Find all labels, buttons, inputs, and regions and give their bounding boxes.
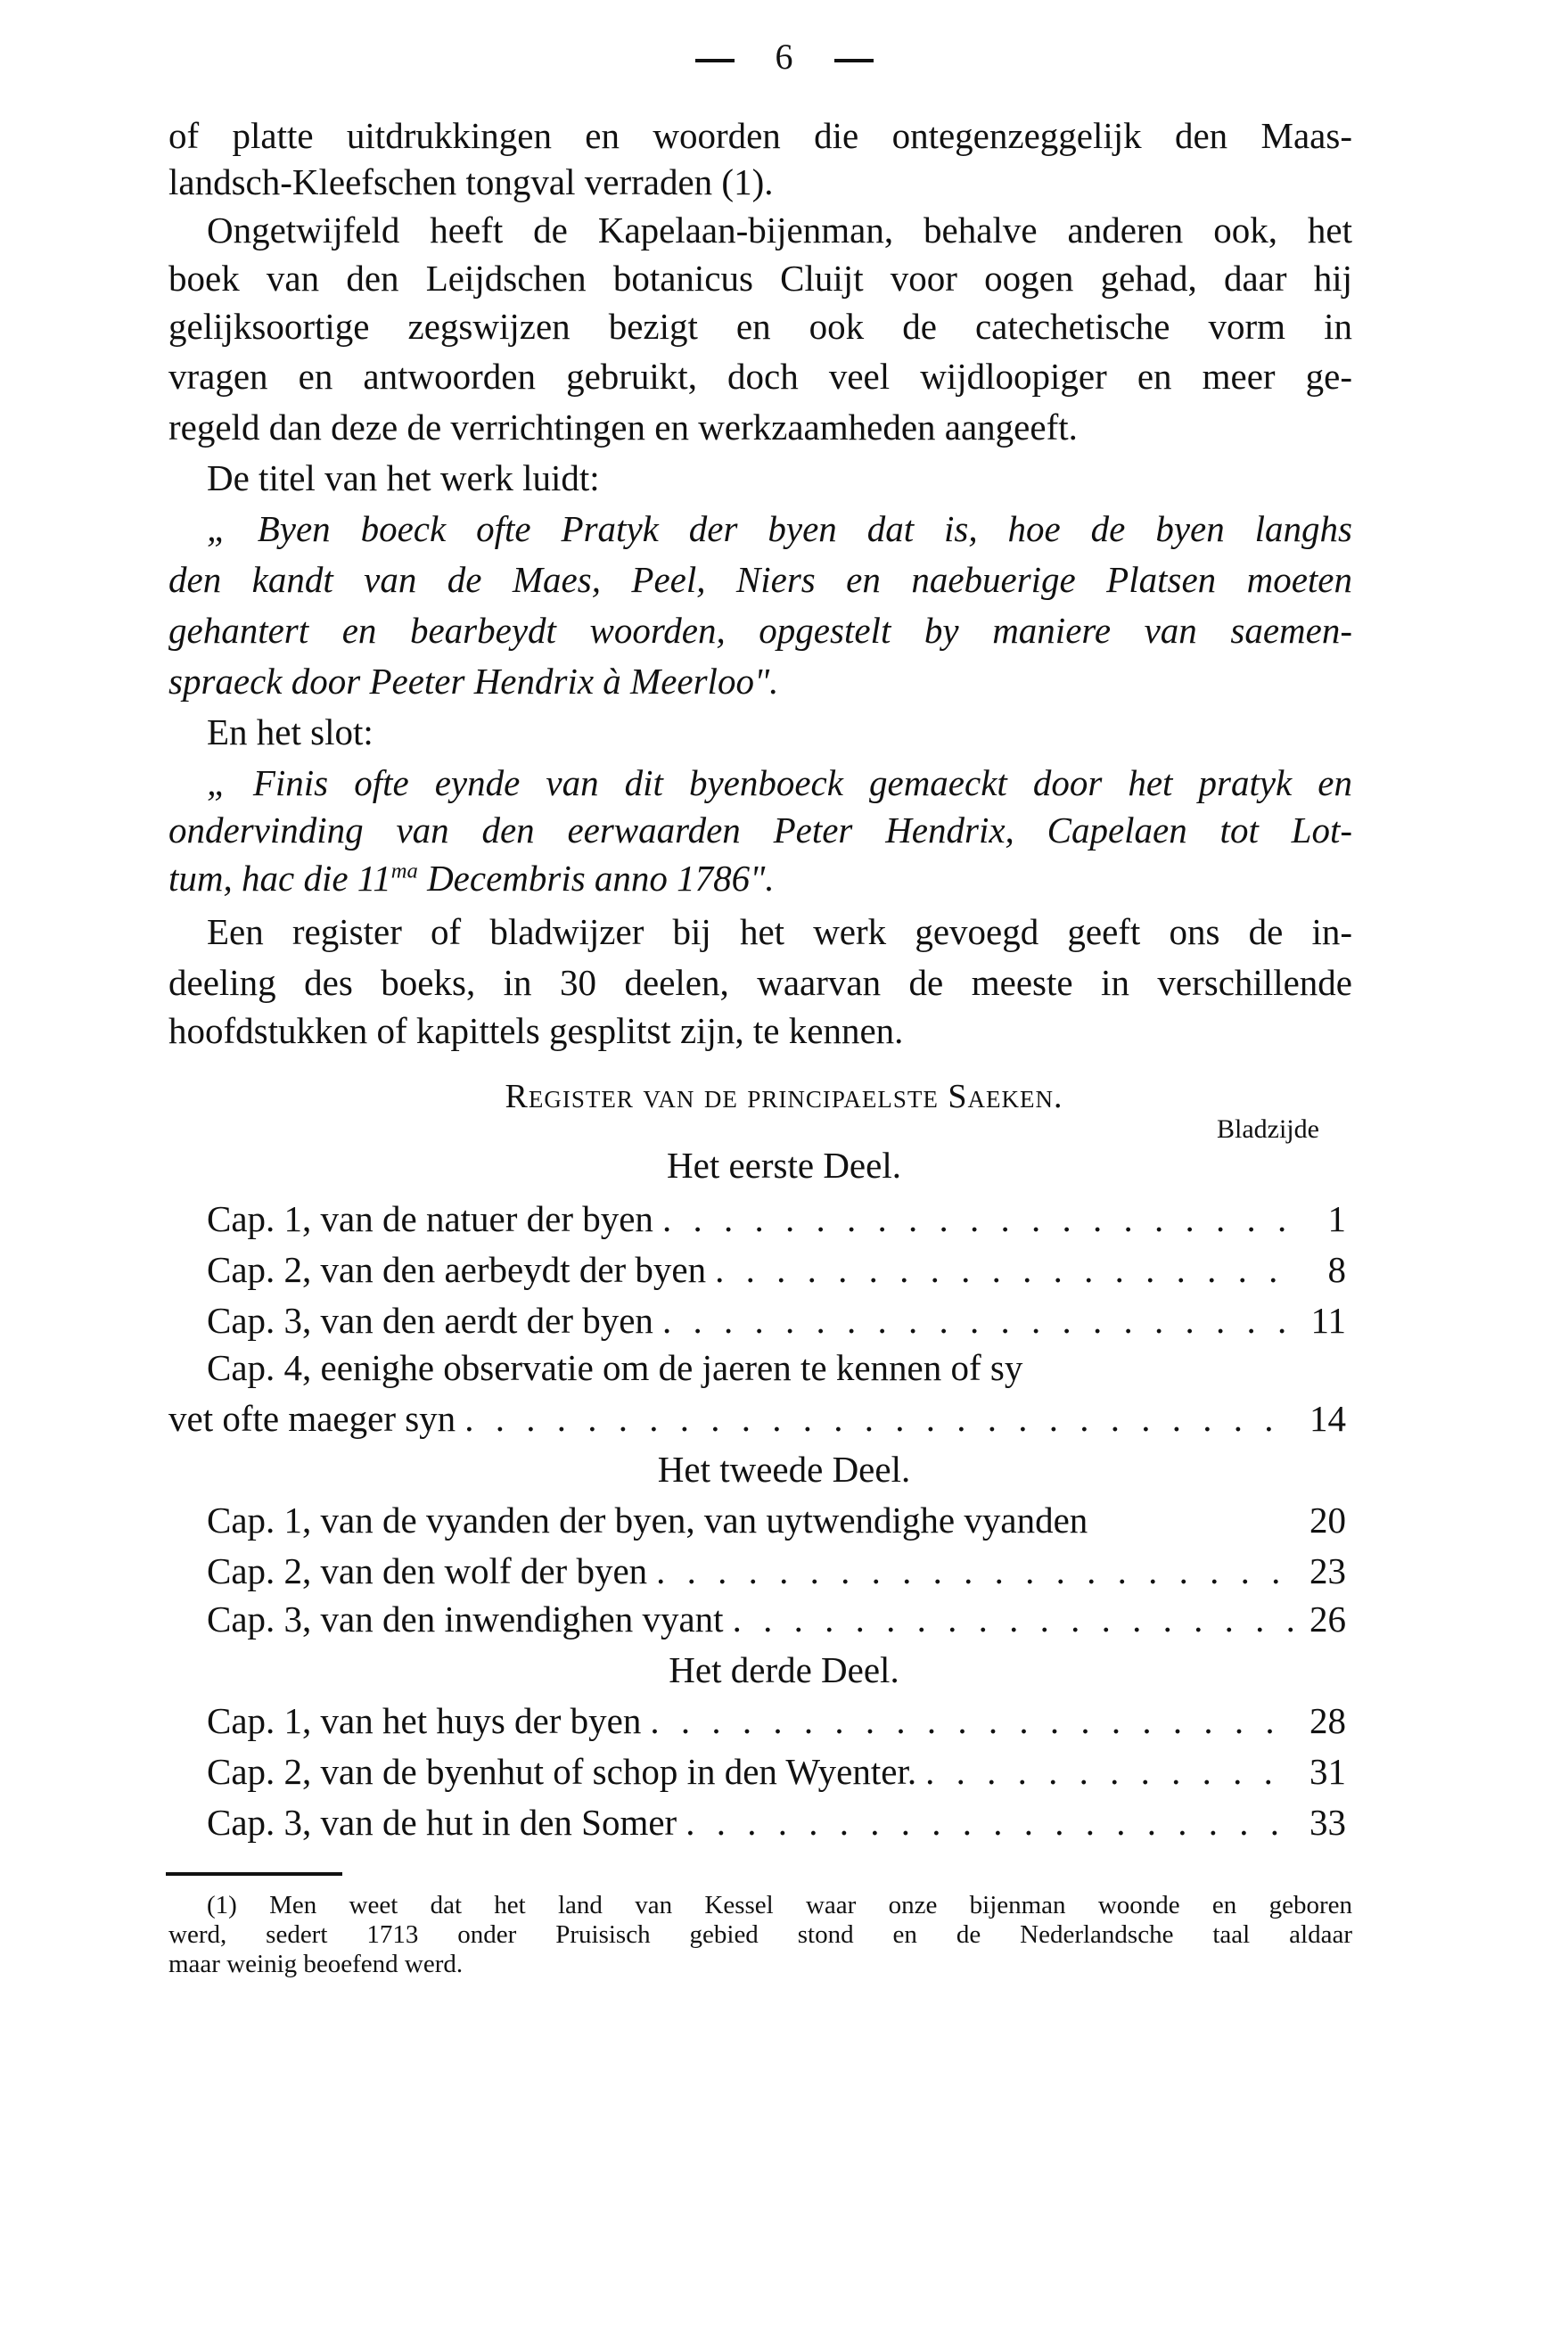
toc-entry: Cap. 1, van de natuer der byen [207, 1197, 1294, 1240]
toc-page: 11 [1284, 1299, 1346, 1342]
toc-entry: Cap. 3, van de hut in den Somer [207, 1801, 1294, 1844]
toc-page: 20 [1284, 1499, 1346, 1541]
page-number: 6 [0, 36, 1568, 78]
toc-page: 31 [1284, 1750, 1346, 1793]
toc-entry: Cap. 1, van de vyanden der byen, van uyt… [207, 1499, 1294, 1541]
text-line: gelijksoortige zegswijzen bezigt en ook … [168, 305, 1352, 348]
toc-page: 26 [1284, 1598, 1346, 1640]
text-line: of platte uitdrukkingen en woorden die o… [168, 114, 1352, 157]
quote-line: gehantert en bearbeydt woorden, opgestel… [168, 609, 1352, 652]
toc-entry-continuation: vet ofte maeger syn [168, 1397, 1294, 1440]
toc-entry: Cap. 3, van den inwendighen vyant [207, 1598, 1294, 1640]
toc-entry: Cap. 2, van den wolf der byen [207, 1549, 1294, 1592]
toc-page: 23 [1284, 1549, 1346, 1592]
text-line: Een register of bladwijzer bij het werk … [207, 910, 1352, 953]
part-title: Het eerste Deel. [0, 1144, 1568, 1187]
footnote-line: werd, sedert 1713 onder Pruisisch gebied… [168, 1919, 1352, 1950]
dash-left [695, 59, 735, 62]
part-title: Het derde Deel. [0, 1648, 1568, 1691]
text-line: deeling des boeks, in 30 deelen, waarvan… [168, 961, 1352, 1004]
text-line: hoofdstukken of kapittels gesplitst zijn… [168, 1009, 1352, 1052]
dash-right [834, 59, 874, 62]
toc-page: 28 [1284, 1699, 1346, 1742]
footnote-rule [166, 1872, 342, 1876]
text-line: boek van den Leijdschen botanicus Cluijt… [168, 257, 1352, 300]
footnote-line: maar weinig beoefend werd. [168, 1949, 1352, 1979]
text-line: regeld dan deze de verrichtingen en werk… [168, 406, 1352, 448]
text-line: De titel van het werk luidt: [207, 456, 1352, 499]
book-page: 6 of platte uitdrukkingen en woorden die… [0, 0, 1568, 2334]
quote-line: ondervinding van den eerwaarden Peter He… [168, 809, 1352, 851]
toc-entry: Cap. 2, van den aerbeydt der byen [207, 1248, 1294, 1291]
page-column-label: Bladzijde [1217, 1114, 1319, 1145]
quote-line: tum, hac die 11ma Decembris anno 1786". [168, 857, 1352, 900]
toc-entry: Cap. 4, eenighe observatie om de jaeren … [207, 1346, 1294, 1389]
text-line: En het slot: [207, 711, 1352, 753]
quote-line: „ Byen boeck ofte Pratyk der byen dat is… [207, 507, 1352, 550]
quote-line: den kandt van de Maes, Peel, Niers en na… [168, 558, 1352, 601]
toc-page: 8 [1284, 1248, 1346, 1291]
quote-line: „ Finis ofte eynde van dit byenboeck gem… [207, 761, 1352, 804]
text-line: vragen en antwoorden gebruikt, doch veel… [168, 355, 1352, 398]
toc-page: 14 [1284, 1397, 1346, 1440]
toc-page: 33 [1284, 1801, 1346, 1844]
footnote-line: (1) Men weet dat het land van Kessel waa… [207, 1890, 1352, 1920]
toc-page: 1 [1284, 1197, 1346, 1240]
part-title: Het tweede Deel. [0, 1448, 1568, 1491]
text-line: landsch-Kleefschen tongval verraden (1). [168, 160, 1352, 203]
toc-entry: Cap. 2, van de byenhut of schop in den W… [207, 1750, 1294, 1793]
quote-line: spraeck door Peeter Hendrix à Meerloo". [168, 660, 1352, 703]
toc-entry: Cap. 3, van den aerdt der byen [207, 1299, 1294, 1342]
toc-entry: Cap. 1, van het huys der byen [207, 1699, 1294, 1742]
register-heading: Register van de principaelste Saeken. [0, 1077, 1568, 1116]
text-line: Ongetwijfeld heeft de Kapelaan-bijenman,… [207, 209, 1352, 251]
